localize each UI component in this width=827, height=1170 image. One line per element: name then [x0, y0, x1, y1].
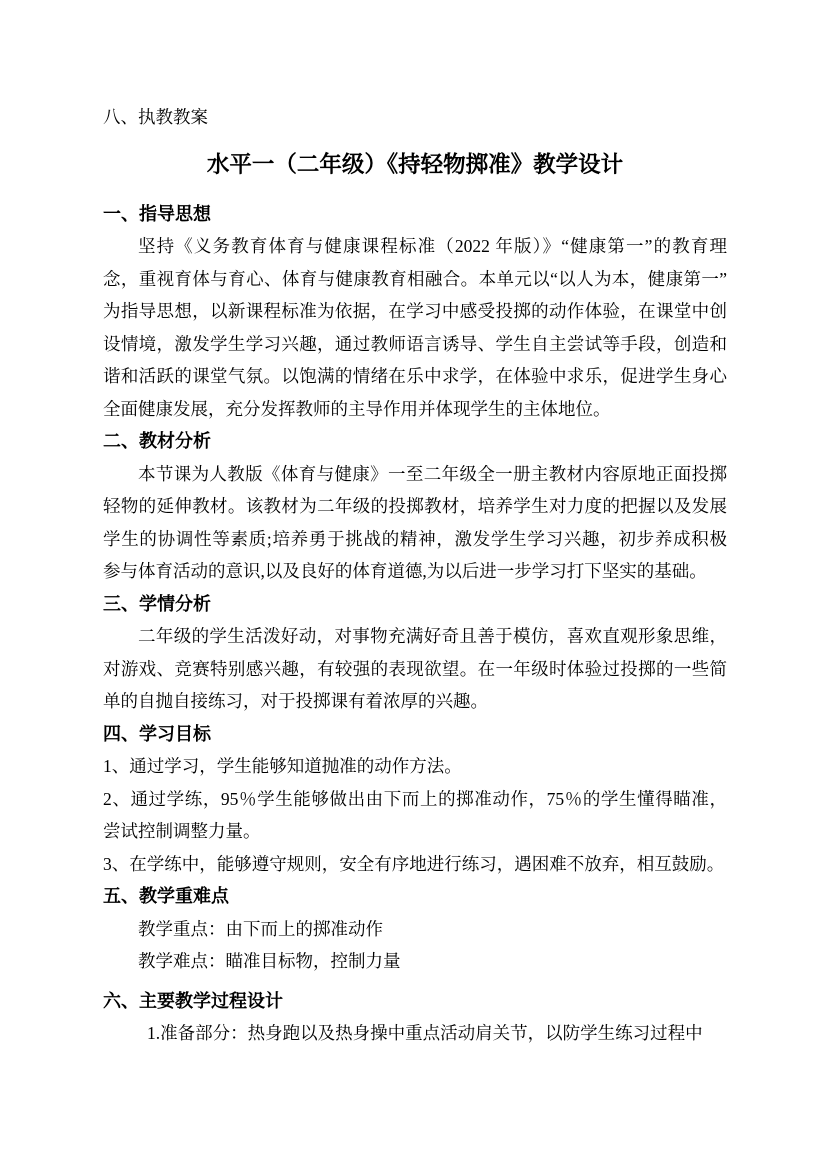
- section-heading: 一、指导思想: [103, 198, 727, 231]
- paragraph: 坚持《义务教育体育与健康课程标准（2022 年版）》“健康第一”的教育理念，重视…: [103, 230, 727, 425]
- paragraph: 二年级的学生活泼好动，对事物充满好奇且善于模仿，喜欢直观形象思维，对游戏、竞赛特…: [103, 620, 727, 718]
- text-line: 坚持《义务教育体育与健康课程标准（2022 年版）》“健康第一”的教育理: [103, 230, 727, 263]
- text-line: 3、在学练中，能够遵守规则，安全有序地进行练习，遇困难不放弃，相互鼓励。: [103, 848, 727, 881]
- text-line: 单的自抛自接练习，对于投掷课有着浓厚的兴趣。: [103, 685, 727, 718]
- text-line: 二年级的学生活泼好动，对事物充满好奇且善于模仿，喜欢直观形象思维，: [103, 620, 727, 653]
- text-line: 教学难点：瞄准目标物，控制力量: [103, 945, 727, 978]
- section-heading: 四、学习目标: [103, 718, 727, 751]
- text-line: 设情境，激发学生学习兴趣，通过教师语言诱导、学生自主尝试等手段，创造和: [103, 328, 727, 361]
- paragraph: 1.准备部分：热身跑以及热身操中重点活动肩关节，以防学生练习过程中: [103, 1017, 727, 1050]
- text-line: 全面健康发展，充分发挥教师的主导作用并体现学生的主体地位。: [103, 393, 727, 426]
- section-heading: 三、学情分析: [103, 588, 727, 621]
- text-line: 为指导思想，以新课程标准为依据，在学习中感受投掷的动作体验，在课堂中创: [103, 295, 727, 328]
- text-line: 参与体育活动的意识,以及良好的体育道德,为以后进一步学习打下坚实的基础。: [103, 555, 727, 588]
- text-line: 1.准备部分：热身跑以及热身操中重点活动肩关节，以防学生练习过程中: [103, 1017, 727, 1050]
- section: 六、主要教学过程设计1.准备部分：热身跑以及热身操中重点活动肩关节，以防学生练习…: [103, 985, 727, 1050]
- text-line: 轻物的延伸教材。该教材为二年级的投掷教材，培养学生对力度的把握以及发展: [103, 490, 727, 523]
- text-line: 念，重视育体与育心、体育与健康教育相融合。本单元以“以人为本，健康第一”: [103, 263, 727, 296]
- text-line: 学生的协调性等素质;培养勇于挑战的精神，激发学生学习兴趣，初步养成积极: [103, 523, 727, 556]
- section: 二、教材分析本节课为人教版《体育与健康》一至二年级全一册主教材内容原地正面投掷轻…: [103, 425, 727, 588]
- paragraph: 教学重点：由下而上的掷准动作: [103, 913, 727, 946]
- text-line: 对游戏、竞赛特别感兴趣，有较强的表现欲望。在一年级时体验过投掷的一些简: [103, 653, 727, 686]
- text-line: 教学重点：由下而上的掷准动作: [103, 913, 727, 946]
- section: 五、教学重难点教学重点：由下而上的掷准动作教学难点：瞄准目标物，控制力量: [103, 880, 727, 978]
- section: 一、指导思想坚持《义务教育体育与健康课程标准（2022 年版）》“健康第一”的教…: [103, 198, 727, 426]
- paragraph: 教学难点：瞄准目标物，控制力量: [103, 945, 727, 978]
- paragraph: 2、通过学练，95％学生能够做出由下而上的掷准动作，75％的学生懂得瞄准，尝试控…: [103, 783, 727, 848]
- lead-text: 八、执教教案: [103, 101, 727, 134]
- section: 三、学情分析二年级的学生活泼好动，对事物充满好奇且善于模仿，喜欢直观形象思维，对…: [103, 588, 727, 718]
- paragraph: 本节课为人教版《体育与健康》一至二年级全一册主教材内容原地正面投掷轻物的延伸教材…: [103, 458, 727, 588]
- section-heading: 六、主要教学过程设计: [103, 985, 727, 1018]
- section-heading: 二、教材分析: [103, 425, 727, 458]
- text-line: 本节课为人教版《体育与健康》一至二年级全一册主教材内容原地正面投掷: [103, 458, 727, 491]
- doc-title: 水平一（二年级）《持轻物掷准》教学设计: [103, 142, 727, 188]
- paragraph: 1、通过学习，学生能够知道抛准的动作方法。: [103, 750, 727, 783]
- section-heading: 五、教学重难点: [103, 880, 727, 913]
- section: 四、学习目标1、通过学习，学生能够知道抛准的动作方法。2、通过学练，95％学生能…: [103, 718, 727, 881]
- text-line: 尝试控制调整力量。: [103, 815, 727, 848]
- document-page: 八、执教教案 水平一（二年级）《持轻物掷准》教学设计 一、指导思想坚持《义务教育…: [0, 0, 827, 1170]
- text-line: 2、通过学练，95％学生能够做出由下而上的掷准动作，75％的学生懂得瞄准，: [103, 783, 727, 816]
- text-line: 谐和活跃的课堂气氛。以饱满的情绪在乐中求学，在体验中求乐，促进学生身心: [103, 360, 727, 393]
- text-line: 1、通过学习，学生能够知道抛准的动作方法。: [103, 750, 727, 783]
- doc-body: 一、指导思想坚持《义务教育体育与健康课程标准（2022 年版）》“健康第一”的教…: [103, 198, 727, 1050]
- paragraph: 3、在学练中，能够遵守规则，安全有序地进行练习，遇困难不放弃，相互鼓励。: [103, 848, 727, 881]
